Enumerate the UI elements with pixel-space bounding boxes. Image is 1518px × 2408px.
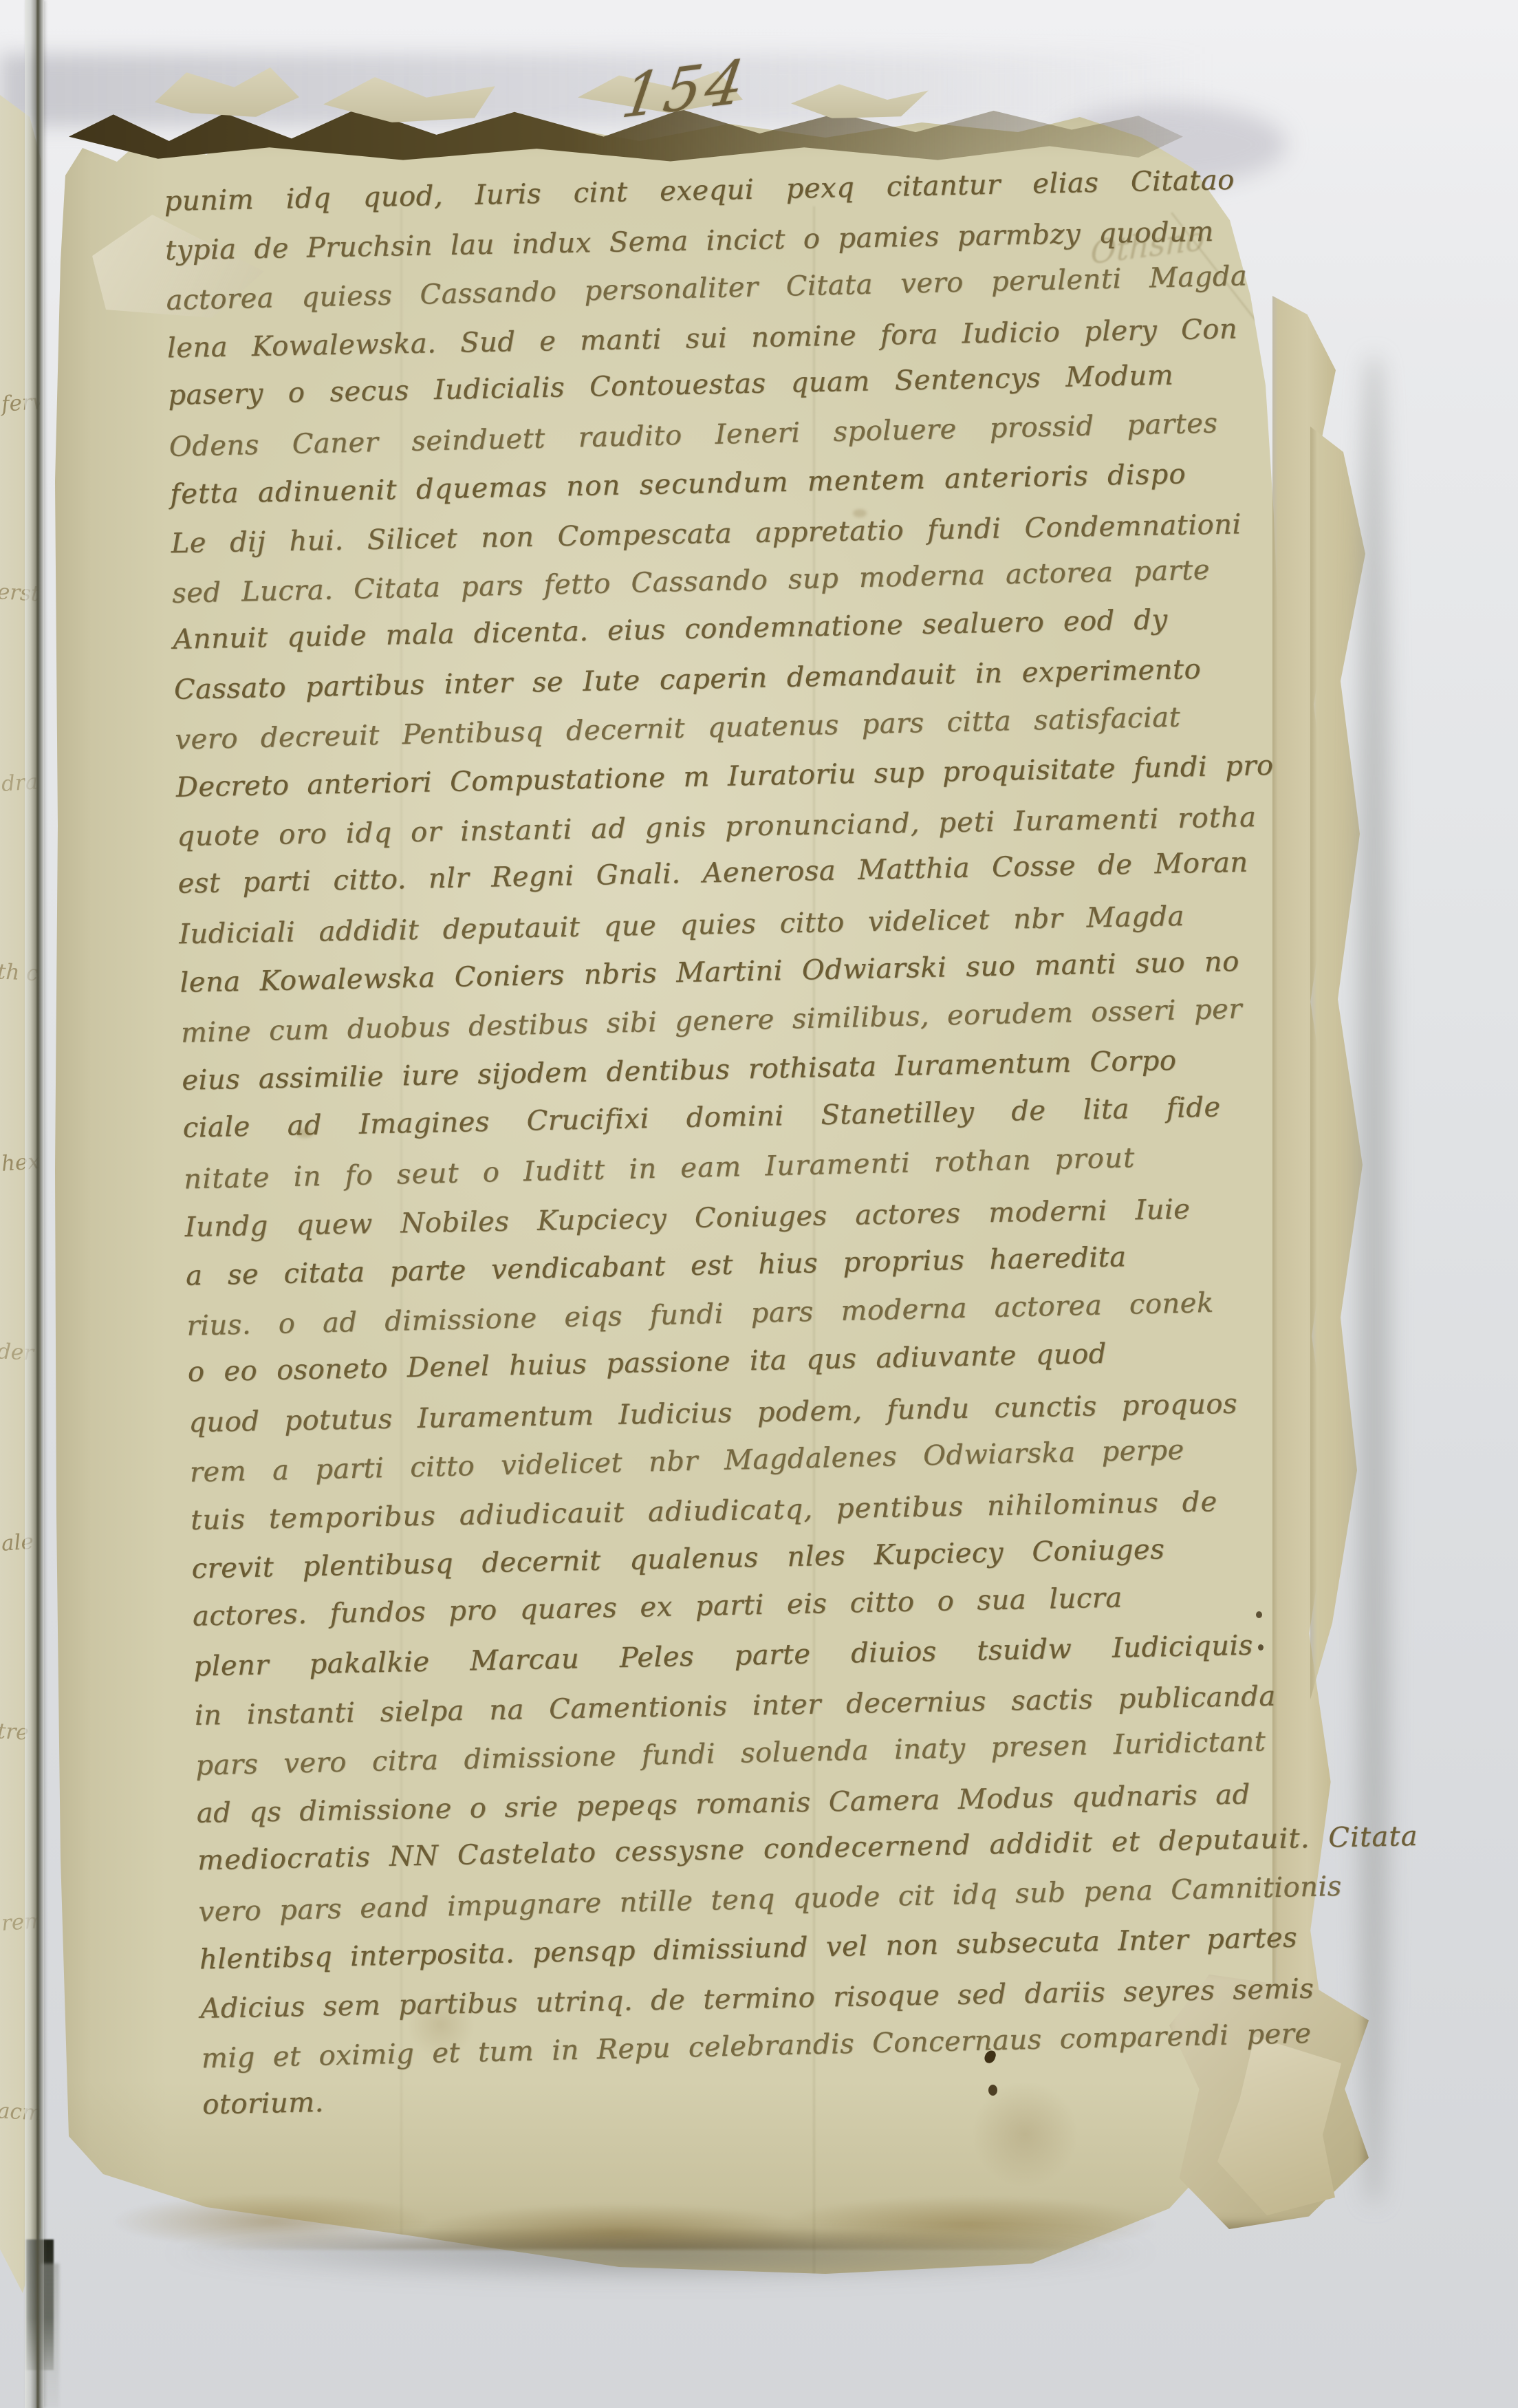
foxing-spot [853, 509, 867, 517]
manuscript-line: otorium. [202, 2078, 344, 2129]
ink-blot [988, 2085, 997, 2096]
manuscript-text: punim idq quod, Iuris cint exequi pexq c… [164, 155, 1284, 2131]
foxing-spot [296, 1128, 314, 1138]
page-edge-shadow [1358, 358, 1389, 2202]
manuscript-photo: ferwerstdrath cahexderale intreremacm Ot… [0, 0, 1518, 2408]
bottom-stain [62, 2136, 1224, 2250]
ink-dot [1256, 1611, 1262, 1618]
ink-dot [1258, 1644, 1264, 1651]
glass-rod-foot [41, 2264, 59, 2408]
bottom-shadow [55, 2239, 1266, 2315]
glass-rod [25, 0, 44, 2408]
deckle-edge-stack [1310, 427, 1365, 1699]
